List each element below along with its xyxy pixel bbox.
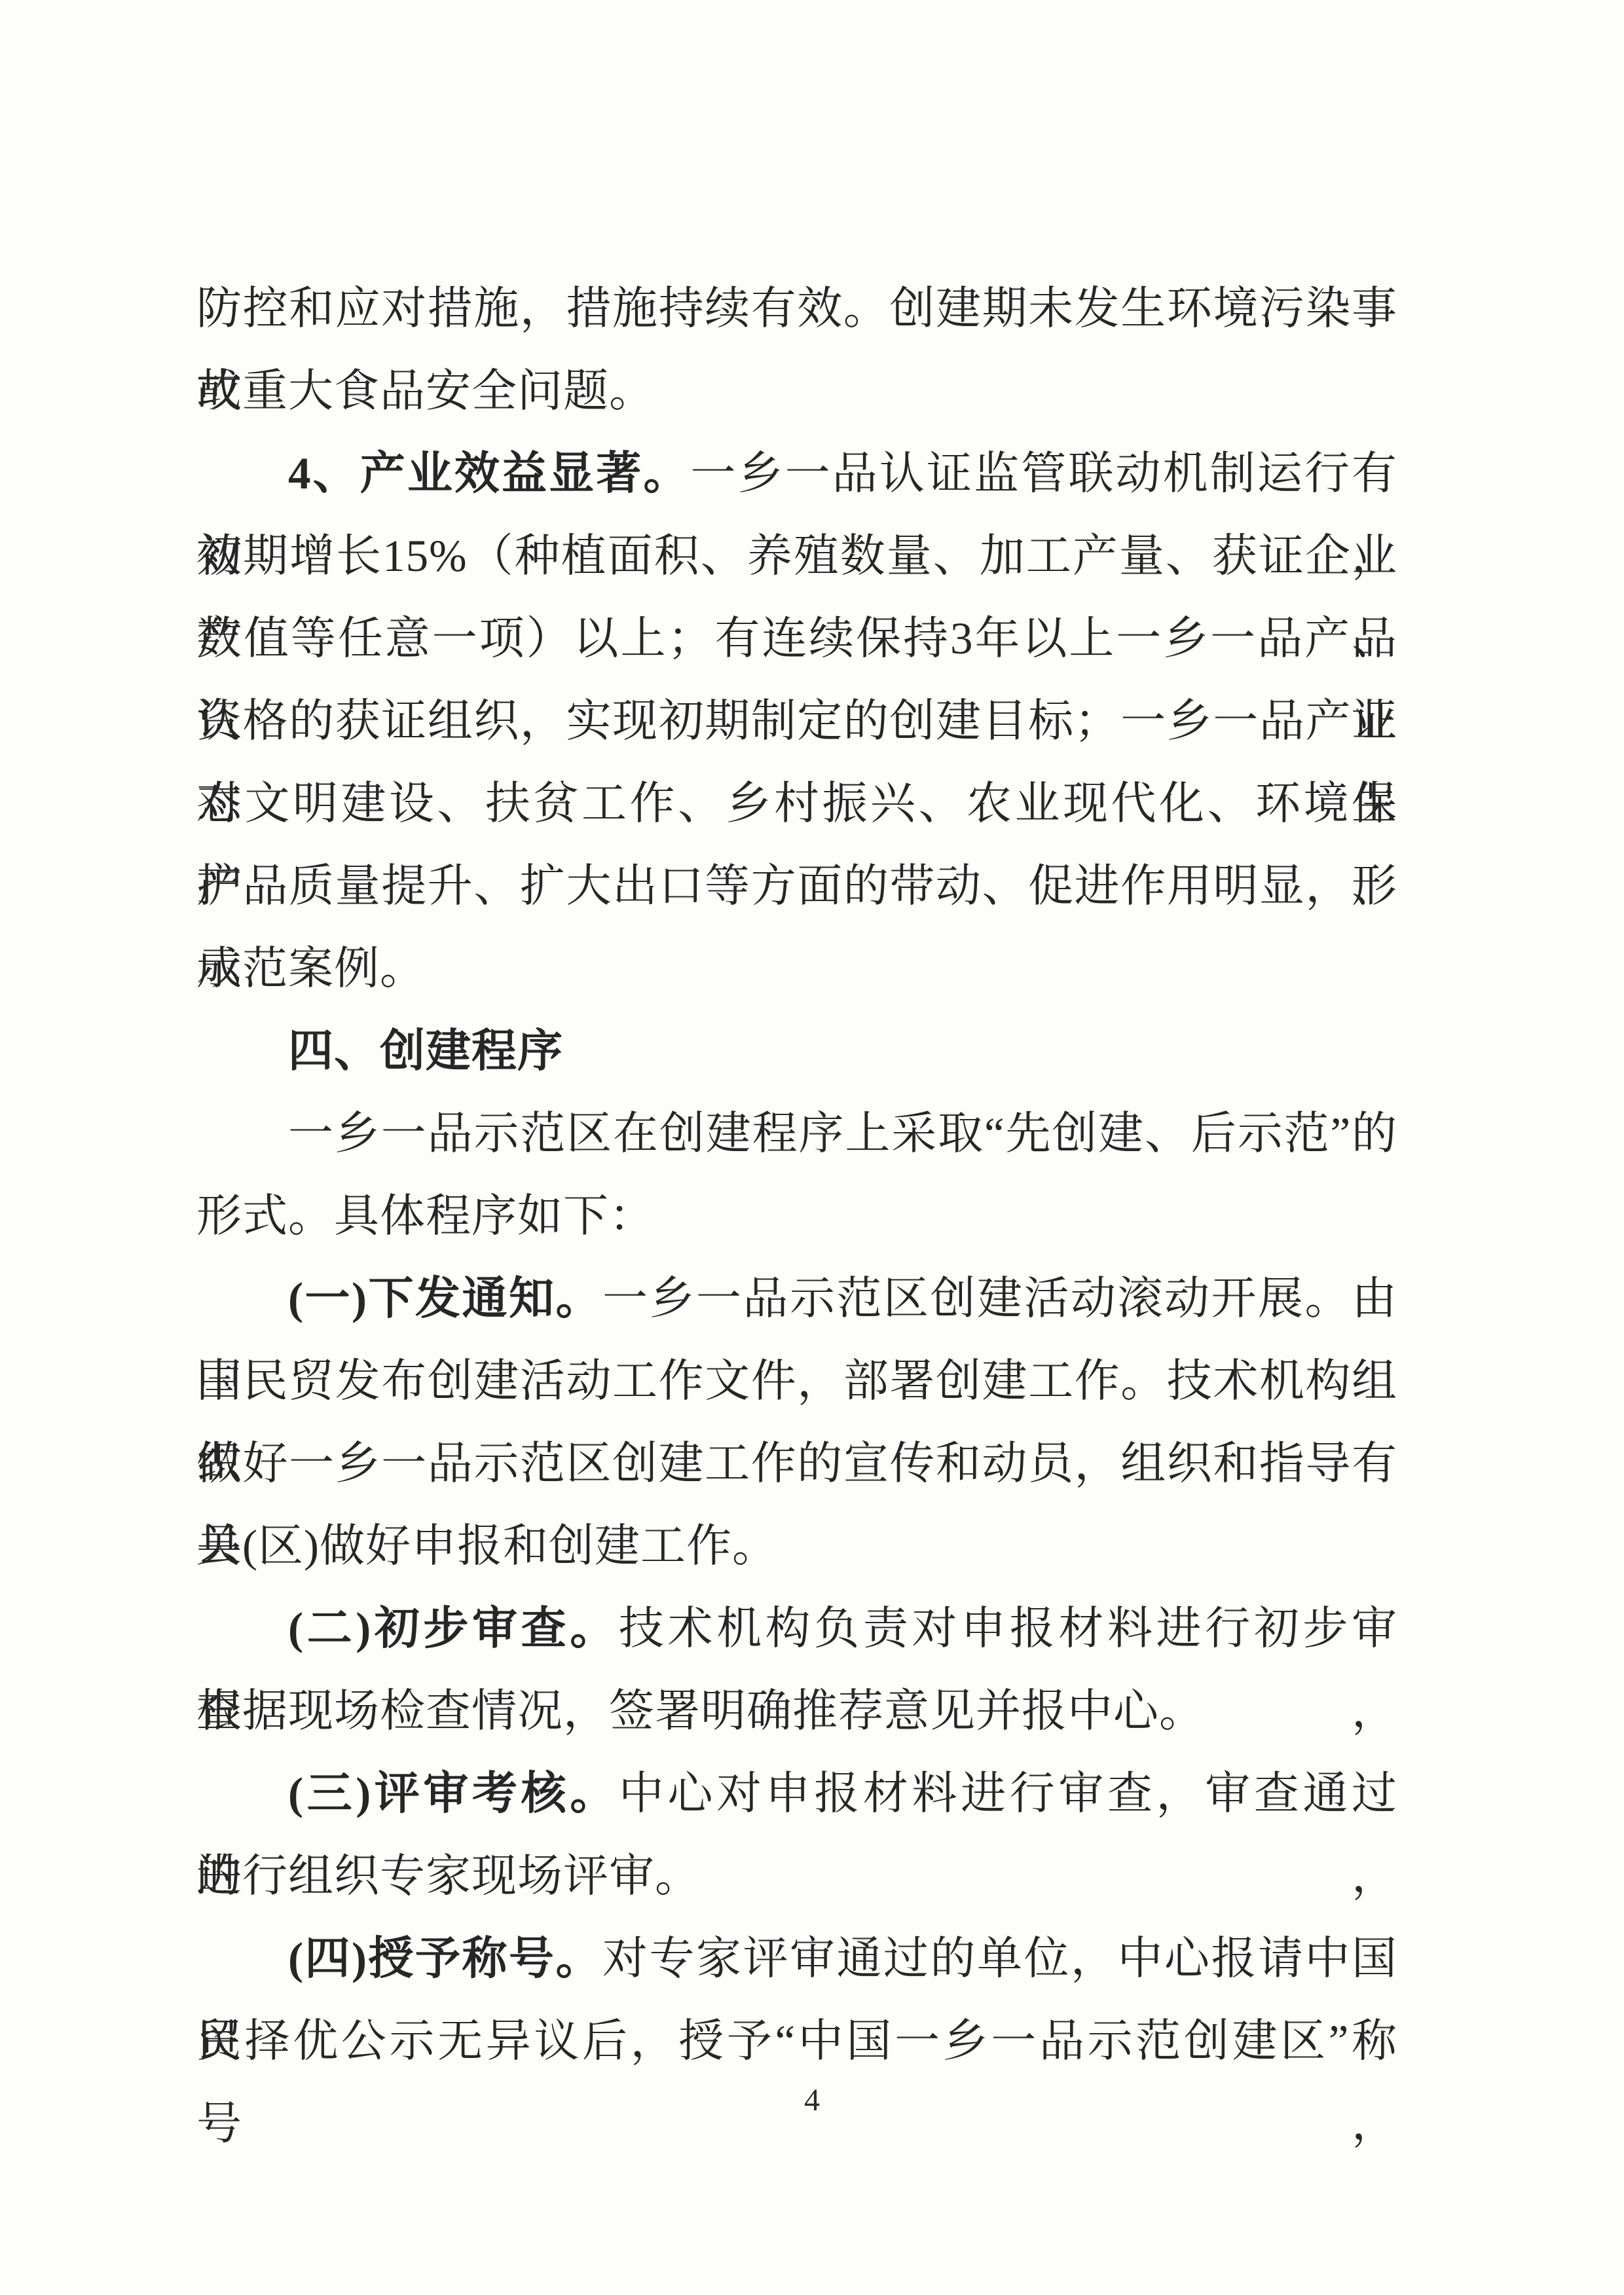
text-line: 产值等任意一项）以上；有连续保持3年以上一乡一品产品认证 bbox=[196, 597, 1397, 680]
text-run-bold: 四、创建程序 bbox=[288, 1026, 563, 1076]
text-run-bold: (一)下发通知。 bbox=[288, 1274, 602, 1323]
text-line: 一乡一品示范区在创建程序上采取“先创建、后示范”的 bbox=[196, 1092, 1397, 1175]
text-line: (三)评审考核。中心对申报材料进行审查，审查通过的， bbox=[196, 1752, 1397, 1835]
text-line: 示范案例。 bbox=[196, 927, 1397, 1010]
text-run-bold: (二)初步审查。 bbox=[288, 1604, 619, 1653]
text-run-bold: (三)评审考核。 bbox=[288, 1769, 619, 1818]
text-run-bold: 4、产业效益显著。 bbox=[288, 449, 690, 498]
text-line: 或重大食品安全问题。 bbox=[196, 350, 1397, 432]
text-run: 根据现场检查情况，签署明确推荐意见并报中心。 bbox=[196, 1686, 1205, 1736]
text-run: 形式。具体程序如下： bbox=[196, 1191, 655, 1241]
document-page: 防控和应对措施，措施持续有效。创建期未发生环境污染事故或重大食品安全问题。4、产… bbox=[0, 0, 1624, 2295]
text-run-bold: (四)授予称号。 bbox=[288, 1934, 602, 1983]
text-line: 县(区)做好申报和创建工作。 bbox=[196, 1505, 1397, 1587]
text-line: 形式。具体程序如下： bbox=[196, 1175, 1397, 1257]
text-line: (二)初步审查。技术机构负责对申报材料进行初步审查， bbox=[196, 1587, 1397, 1670]
text-line: 4、产业效益显著。一乡一品认证监管联动机制运行有效， bbox=[196, 432, 1397, 515]
text-line: 防控和应对措施，措施持续有效。创建期未发生环境污染事故 bbox=[196, 267, 1397, 350]
text-line: 产品质量提升、扩大出口等方面的带动、促进作用明显，形成 bbox=[196, 845, 1397, 927]
document-body: 防控和应对措施，措施持续有效。创建期未发生环境污染事故或重大食品安全问题。4、产… bbox=[196, 267, 1397, 2082]
text-run: 或重大食品安全问题。 bbox=[196, 366, 655, 416]
text-line: 做好一乡一品示范区创建工作的宣传和动员，组织和指导有关 bbox=[196, 1422, 1397, 1505]
text-line: (四)授予称号。对专家评审通过的单位，中心报请中国民 bbox=[196, 1917, 1397, 2000]
text-line: 国民贸发布创建活动工作文件，部署创建工作。技术机构组织 bbox=[196, 1340, 1397, 1422]
text-line: 贸择优公示无异议后，授予“中国一乡一品示范创建区”称号， bbox=[196, 2000, 1397, 2082]
page-number: 4 bbox=[0, 2082, 1624, 2119]
text-line: 资格的获证组织，实现初期制定的创建目标；一乡一品产业对生 bbox=[196, 680, 1397, 762]
text-line: 态文明建设、扶贫工作、乡村振兴、农业现代化、环境保护、 bbox=[196, 762, 1397, 845]
text-run: 示范案例。 bbox=[196, 944, 426, 993]
text-line: (一)下发通知。一乡一品示范区创建活动滚动开展。由中 bbox=[196, 1257, 1397, 1340]
text-run: 进行组织专家现场评审。 bbox=[196, 1851, 701, 1901]
text-run: 一乡一品示范区在创建程序上采取“先创建、后示范”的 bbox=[288, 1109, 1397, 1158]
text-run: 县(区)做好申报和创建工作。 bbox=[196, 1521, 778, 1571]
text-line: 初期增长15%（种植面积、养殖数量、加工产量、获证企业数、 bbox=[196, 515, 1397, 597]
text-line: 四、创建程序 bbox=[196, 1010, 1397, 1092]
